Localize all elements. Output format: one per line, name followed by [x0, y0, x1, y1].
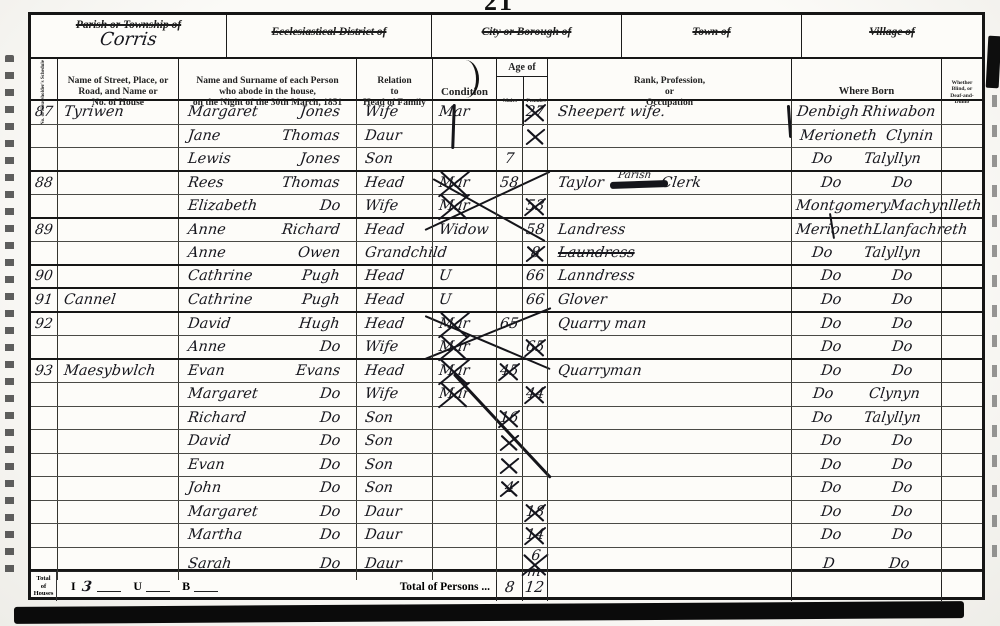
occupation-cell: [547, 524, 791, 547]
given-name: Margaret: [187, 504, 259, 520]
surname: Pugh: [301, 268, 341, 284]
occupation-text: Sheepert wife.: [557, 104, 666, 120]
born-county: Do: [820, 457, 842, 473]
age-female-value: 8: [527, 245, 544, 261]
condition-cell: [432, 125, 496, 148]
age-female-cell: 6 m: [522, 548, 547, 580]
table-row: 88 ReesThomas Head Mar 58 TaylorParishCl…: [31, 172, 982, 196]
age-male-cell: [496, 195, 522, 217]
surname: Pugh: [301, 292, 341, 308]
born-parish: Talyllyn: [863, 245, 922, 261]
age-male-value: 65: [499, 316, 519, 332]
born-county: Denbigh: [796, 104, 860, 120]
age-female-value: [527, 410, 544, 425]
born-parish: Talyllyn: [863, 410, 922, 426]
age-female-value: 27: [525, 104, 545, 120]
born-parish: Do: [891, 527, 913, 543]
inhabited-value: 3: [81, 579, 93, 595]
building-label: B: [182, 579, 190, 594]
age-female-value: [527, 363, 544, 378]
occupation-cell: Glover: [547, 289, 791, 311]
age-female-cell: [522, 360, 547, 383]
schedule-cell: 90: [31, 266, 57, 288]
age-female-value: 6 m: [521, 548, 549, 580]
table-row: SarahDo Daur 6 m DDo: [31, 548, 982, 572]
relation-cell: Head: [356, 313, 432, 336]
person-name-cell: DavidHugh: [178, 313, 356, 336]
house-cell: [57, 548, 178, 580]
occupation-cell: [547, 383, 791, 406]
occupation-cell: [547, 148, 791, 170]
occupation-text: Glover: [557, 292, 608, 308]
relation-value: Son: [364, 151, 394, 167]
age-female-value: 65: [525, 339, 545, 355]
relation-cell: Son: [356, 477, 432, 500]
age-male-cell: [496, 524, 522, 547]
born-parish: Do: [891, 175, 913, 191]
blind-cell: [941, 383, 982, 406]
born-parish: Do: [891, 268, 913, 284]
schedule-number: 92: [34, 316, 54, 332]
relation-value: Son: [364, 433, 394, 449]
where-born-cell: DenbighRhiwabon: [791, 101, 941, 124]
age-female-value: [527, 128, 544, 143]
age-female-value: [527, 434, 544, 449]
age-male-value: [501, 504, 518, 519]
schedule-cell: [31, 407, 57, 430]
relation-value: Head: [364, 175, 405, 191]
given-name: Anne: [187, 245, 227, 261]
condition-cell: [432, 501, 496, 524]
condition-cell: [432, 407, 496, 430]
age-male-cell: [496, 219, 522, 242]
age-female-value: [527, 175, 544, 190]
person-name-cell: CathrinePugh: [178, 289, 356, 311]
occupation-cell: [547, 548, 791, 580]
scan-edge-marks: [992, 95, 997, 565]
born-county: Do: [820, 480, 842, 496]
house-cell: [57, 242, 178, 264]
age-female-value: 18: [525, 504, 545, 520]
age-female-cell: [522, 430, 547, 453]
relation-value: Daur: [364, 128, 403, 144]
table-row: 92 DavidHugh Head Mar 65 Quarry man DoDo: [31, 313, 982, 337]
inhabited-label: I: [71, 579, 76, 594]
condition-cell: [432, 148, 496, 170]
age-male-value: [501, 339, 518, 354]
person-name-cell: MargaretJones: [178, 101, 356, 124]
schedule-cell: [31, 548, 57, 580]
schedule-cell: [31, 148, 57, 170]
blind-cell: [941, 548, 982, 580]
occupation-cell: [547, 430, 791, 453]
born-county: Do: [820, 316, 842, 332]
schedule-number: 91: [34, 292, 54, 308]
condition-cell: [432, 454, 496, 477]
person-name-cell: CathrinePugh: [178, 266, 356, 288]
age-male-cell: [496, 289, 522, 311]
city-borough-cell: City or Borough of: [431, 15, 621, 57]
house-cell: [57, 407, 178, 430]
occupation-cell: Laundress: [547, 242, 791, 264]
age-female-cell: [522, 172, 547, 195]
blind-cell: [941, 313, 982, 336]
occupation-cell: TaylorParishClerk: [547, 172, 791, 195]
age-male-cell: [496, 266, 522, 288]
house-cell: [57, 383, 178, 406]
occupation-cell: Sheepert wife.: [547, 101, 791, 124]
surname: Do: [319, 433, 341, 449]
age-male-value: [501, 245, 518, 260]
relation-cell: Wife: [356, 195, 432, 217]
where-born-cell: DoTalyllyn: [791, 407, 941, 430]
condition-cell: [432, 242, 496, 264]
born-county: Do: [811, 245, 833, 261]
born-parish: Clynyn: [868, 386, 921, 402]
relation-value: Head: [364, 292, 405, 308]
age-female-cell: 53: [522, 195, 547, 217]
born-county: Do: [820, 175, 842, 191]
schedule-number: 93: [34, 363, 54, 379]
surname: Do: [319, 527, 341, 543]
born-parish: Rhiwabon: [861, 104, 936, 120]
where-born-cell: DoClynyn: [791, 383, 941, 406]
relation-cell: Daur: [356, 501, 432, 524]
relation-cell: Wife: [356, 101, 432, 124]
born-county: Do: [820, 433, 842, 449]
born-county: Do: [820, 339, 842, 355]
surname: Jones: [299, 104, 341, 120]
house-cell: [57, 524, 178, 547]
relation-value: Daur: [364, 556, 403, 572]
age-female-value: [527, 151, 544, 166]
schedule-cell: [31, 477, 57, 500]
person-name-cell: AnneDo: [178, 336, 356, 358]
relation-cell: Head: [356, 266, 432, 288]
age-male-value: [501, 556, 518, 571]
condition-cell: U: [432, 266, 496, 288]
relation-value: Wife: [364, 198, 399, 214]
age-male-cell: 7: [496, 148, 522, 170]
schedule-number: 89: [34, 222, 54, 238]
person-name-cell: EvanDo: [178, 454, 356, 477]
occupation-text: Laundress: [557, 245, 636, 261]
house-cell: Maesybwlch: [57, 360, 178, 383]
relation-cell: Head: [356, 360, 432, 383]
relation-value: Daur: [364, 504, 403, 520]
surname: Hugh: [298, 316, 341, 332]
age-male-value: [501, 457, 518, 472]
age-female-cell: [522, 454, 547, 477]
surname: Do: [319, 504, 341, 520]
house-cell: [57, 477, 178, 500]
condition-cell: [432, 524, 496, 547]
age-female-cell: 44: [522, 383, 547, 406]
condition-value: U: [438, 292, 452, 308]
ecclesiastical-cell: Ecclesiastical District of: [226, 15, 431, 57]
age-male-cell: [496, 501, 522, 524]
given-name: Margaret: [187, 104, 259, 120]
blind-cell: [941, 454, 982, 477]
person-name-cell: ElizabethDo: [178, 195, 356, 217]
surname: Do: [319, 457, 341, 473]
relation-value: Son: [364, 457, 394, 473]
condition-cell: U: [432, 289, 496, 311]
where-born-cell: DoDo: [791, 313, 941, 336]
blind-cell: [941, 266, 982, 288]
age-male-value: [501, 434, 518, 449]
age-female-cell: [522, 407, 547, 430]
age-female-cell: 14: [522, 524, 547, 547]
person-name-cell: MarthaDo: [178, 524, 356, 547]
relation-value: Son: [364, 410, 394, 426]
blind-cell: [941, 125, 982, 148]
surname: Do: [319, 410, 341, 426]
schedule-cell: [31, 242, 57, 264]
relation-value: Head: [364, 363, 405, 379]
house-cell: [57, 148, 178, 170]
person-name-cell: SarahDo: [178, 548, 356, 580]
column-header-row: No. of Householder's Schedule Name of St…: [31, 59, 982, 101]
relation-cell: Daur: [356, 548, 432, 580]
blind-cell: [941, 336, 982, 358]
relation-cell: Head: [356, 219, 432, 242]
ecclesiastical-label: Ecclesiastical District of: [227, 15, 431, 38]
census-form: Parish or Township of Corris Ecclesiasti…: [28, 12, 985, 600]
surname: Do: [319, 556, 341, 572]
house-cell: [57, 313, 178, 336]
age-male-cell: [496, 454, 522, 477]
age-male-value: [501, 269, 518, 284]
uninhabited-label: U: [133, 579, 142, 594]
scan-edge-mark: [986, 36, 1000, 89]
born-parish: Do: [891, 339, 913, 355]
age-male-value: [501, 222, 518, 237]
blind-cell: [941, 407, 982, 430]
relation-cell: Daur: [356, 524, 432, 547]
schedule-number: 90: [34, 268, 54, 284]
schedule-cell: [31, 383, 57, 406]
blind-cell: [941, 360, 982, 383]
occupation-cell: Landress: [547, 219, 791, 242]
blind-cell: [941, 501, 982, 524]
given-name: Cathrine: [187, 292, 253, 308]
blind-cell: [941, 219, 982, 242]
surname: Evans: [295, 363, 341, 379]
given-name: Cathrine: [187, 268, 253, 284]
born-county: Montgomery: [795, 198, 891, 214]
age-female-cell: 27: [522, 101, 547, 124]
where-born-cell: DoTalyllyn: [791, 148, 941, 170]
given-name: Richard: [187, 410, 247, 426]
condition-value: Mar: [438, 198, 470, 214]
blind-cell: [941, 242, 982, 264]
occupation-cell: [547, 454, 791, 477]
age-female-value: 44: [525, 386, 545, 402]
person-name-cell: ReesThomas: [178, 172, 356, 195]
given-name: Martha: [187, 527, 243, 543]
table-row: AnneOwen Grandchild 8 Laundress DoTalyll…: [31, 242, 982, 266]
age-female-cell: 65: [522, 336, 547, 358]
census-rows: 87 Tyriwen MargaretJones Wife Mar 27 She…: [31, 101, 982, 571]
relation-cell: Wife: [356, 336, 432, 358]
age-male-cell: [496, 383, 522, 406]
schedule-number: 87: [34, 104, 54, 120]
where-born-cell: MontgomeryMachynlleth: [791, 195, 941, 217]
schedule-cell: 93: [31, 360, 57, 383]
schedule-cell: 89: [31, 219, 57, 242]
given-name: Elizabeth: [187, 198, 258, 214]
age-male-cell: [496, 548, 522, 580]
age-male-value: 45: [499, 363, 519, 379]
born-parish: Do: [891, 480, 913, 496]
table-row: 87 Tyriwen MargaretJones Wife Mar 27 She…: [31, 101, 982, 125]
born-parish: Do: [891, 433, 913, 449]
where-born-cell: DoDo: [791, 266, 941, 288]
occupation-text: Landress: [557, 222, 626, 238]
where-born-cell: DoDo: [791, 501, 941, 524]
given-name: Sarah: [187, 556, 232, 572]
age-male-value: [501, 387, 518, 402]
relation-value: Son: [364, 480, 394, 496]
age-female-cell: 66: [522, 289, 547, 311]
blind-cell: [941, 430, 982, 453]
scan-bottom-band: [14, 601, 964, 624]
age-male-cell: 65: [496, 313, 522, 336]
age-male-cell: [496, 336, 522, 358]
condition-cell: Mar: [432, 313, 496, 336]
condition-cell: Mar: [432, 336, 496, 358]
table-row: 91 Cannel CathrinePugh Head U 66 Glover …: [31, 289, 982, 313]
born-county: Do: [811, 151, 833, 167]
occupation-text: Parish: [617, 169, 652, 181]
occupation-text: Lanndress: [557, 268, 636, 284]
house-name: Cannel: [63, 292, 117, 308]
age-male-cell: [496, 125, 522, 148]
house-cell: [57, 454, 178, 477]
house-name: Tyriwen: [63, 104, 125, 120]
age-male-value: [501, 198, 518, 213]
condition-cell: Mar: [432, 195, 496, 217]
born-county: Do: [811, 410, 833, 426]
relation-value: Head: [364, 222, 405, 238]
parish-cell: Parish or Township of Corris: [31, 15, 226, 57]
age-male-cell: [496, 101, 522, 124]
table-row: EvanDo Son DoDo: [31, 454, 982, 478]
relation-cell: Son: [356, 407, 432, 430]
occupation-cell: [547, 501, 791, 524]
age-female-cell: [522, 477, 547, 500]
blind-cell: [941, 195, 982, 217]
condition-cell: Mar: [432, 383, 496, 406]
born-parish: Clynin: [885, 128, 934, 144]
house-cell: Tyriwen: [57, 101, 178, 124]
relation-cell: Son: [356, 430, 432, 453]
age-female-cell: [522, 313, 547, 336]
person-name-cell: LewisJones: [178, 148, 356, 170]
scan-binding-marks: [5, 55, 14, 580]
table-row: JaneThomas Daur MerionethClynin: [31, 125, 982, 149]
where-born-cell: MerionethClynin: [791, 125, 941, 148]
location-header-band: Parish or Township of Corris Ecclesiasti…: [31, 15, 982, 59]
schedule-cell: [31, 454, 57, 477]
condition-cell: Widow: [432, 219, 496, 242]
surname: Do: [319, 198, 341, 214]
age-female-cell: 58: [522, 219, 547, 242]
house-cell: [57, 501, 178, 524]
where-born-cell: DoDo: [791, 454, 941, 477]
age-female-value: [527, 481, 544, 496]
age-male-cell: 4: [496, 477, 522, 500]
blind-cell: [941, 172, 982, 195]
village-cell: Village of: [801, 15, 982, 57]
relation-cell: Grandchild: [356, 242, 432, 264]
age-male-value: [501, 292, 518, 307]
surname: Do: [319, 480, 341, 496]
occupation-cell: [547, 407, 791, 430]
given-name: Margaret: [187, 386, 259, 402]
person-name-cell: RichardDo: [178, 407, 356, 430]
condition-cell: [432, 548, 496, 580]
person-name-cell: MargaretDo: [178, 383, 356, 406]
table-row: DavidDo Son DoDo: [31, 430, 982, 454]
age-male-cell: [496, 430, 522, 453]
house-name: Maesybwlch: [63, 363, 156, 379]
condition-value: Mar: [438, 339, 470, 355]
house-cell: [57, 430, 178, 453]
census-scan-page: 21 Parish or Township of Corris Ecclesia…: [0, 0, 1000, 626]
born-county: Merioneth: [799, 128, 878, 144]
age-male-value: [501, 105, 518, 120]
occupation-text: Clerk: [660, 175, 702, 191]
age-female-value: 14: [525, 527, 545, 543]
given-name: Lewis: [187, 151, 232, 167]
condition-value: Mar: [438, 363, 470, 379]
condition-value: U: [438, 268, 452, 284]
table-row: 89 AnneRichard Head Widow 58 Landress Me…: [31, 219, 982, 243]
house-cell: [57, 219, 178, 242]
age-female-value: [527, 316, 544, 331]
relation-cell: Daur: [356, 125, 432, 148]
town-cell: Town of: [621, 15, 801, 57]
born-county: D: [822, 556, 836, 572]
person-name-cell: DavidDo: [178, 430, 356, 453]
person-name-cell: JaneThomas: [178, 125, 356, 148]
born-county: Do: [820, 504, 842, 520]
relation-cell: Wife: [356, 383, 432, 406]
house-cell: [57, 266, 178, 288]
surname: Jones: [299, 151, 341, 167]
schedule-cell: 92: [31, 313, 57, 336]
where-born-cell: DoDo: [791, 524, 941, 547]
age-female-value: 53: [525, 198, 545, 214]
age-male-value: [501, 128, 518, 143]
condition-cell: [432, 430, 496, 453]
occupation-cell: Lanndress: [547, 266, 791, 288]
house-cell: [57, 195, 178, 217]
where-born-cell: DoDo: [791, 360, 941, 383]
where-born-cell: MerionethLlanfachreth: [791, 219, 941, 242]
born-county: Do: [812, 386, 834, 402]
given-name: Anne: [187, 222, 227, 238]
occupation-text: Quarry man: [557, 316, 647, 332]
schedule-cell: 87: [31, 101, 57, 124]
schedule-cell: [31, 501, 57, 524]
age-female-cell: [522, 148, 547, 170]
table-row: 90 CathrinePugh Head U 66 Lanndress DoDo: [31, 266, 982, 290]
age-female-cell: 8: [522, 242, 547, 264]
relation-value: Head: [364, 316, 405, 332]
